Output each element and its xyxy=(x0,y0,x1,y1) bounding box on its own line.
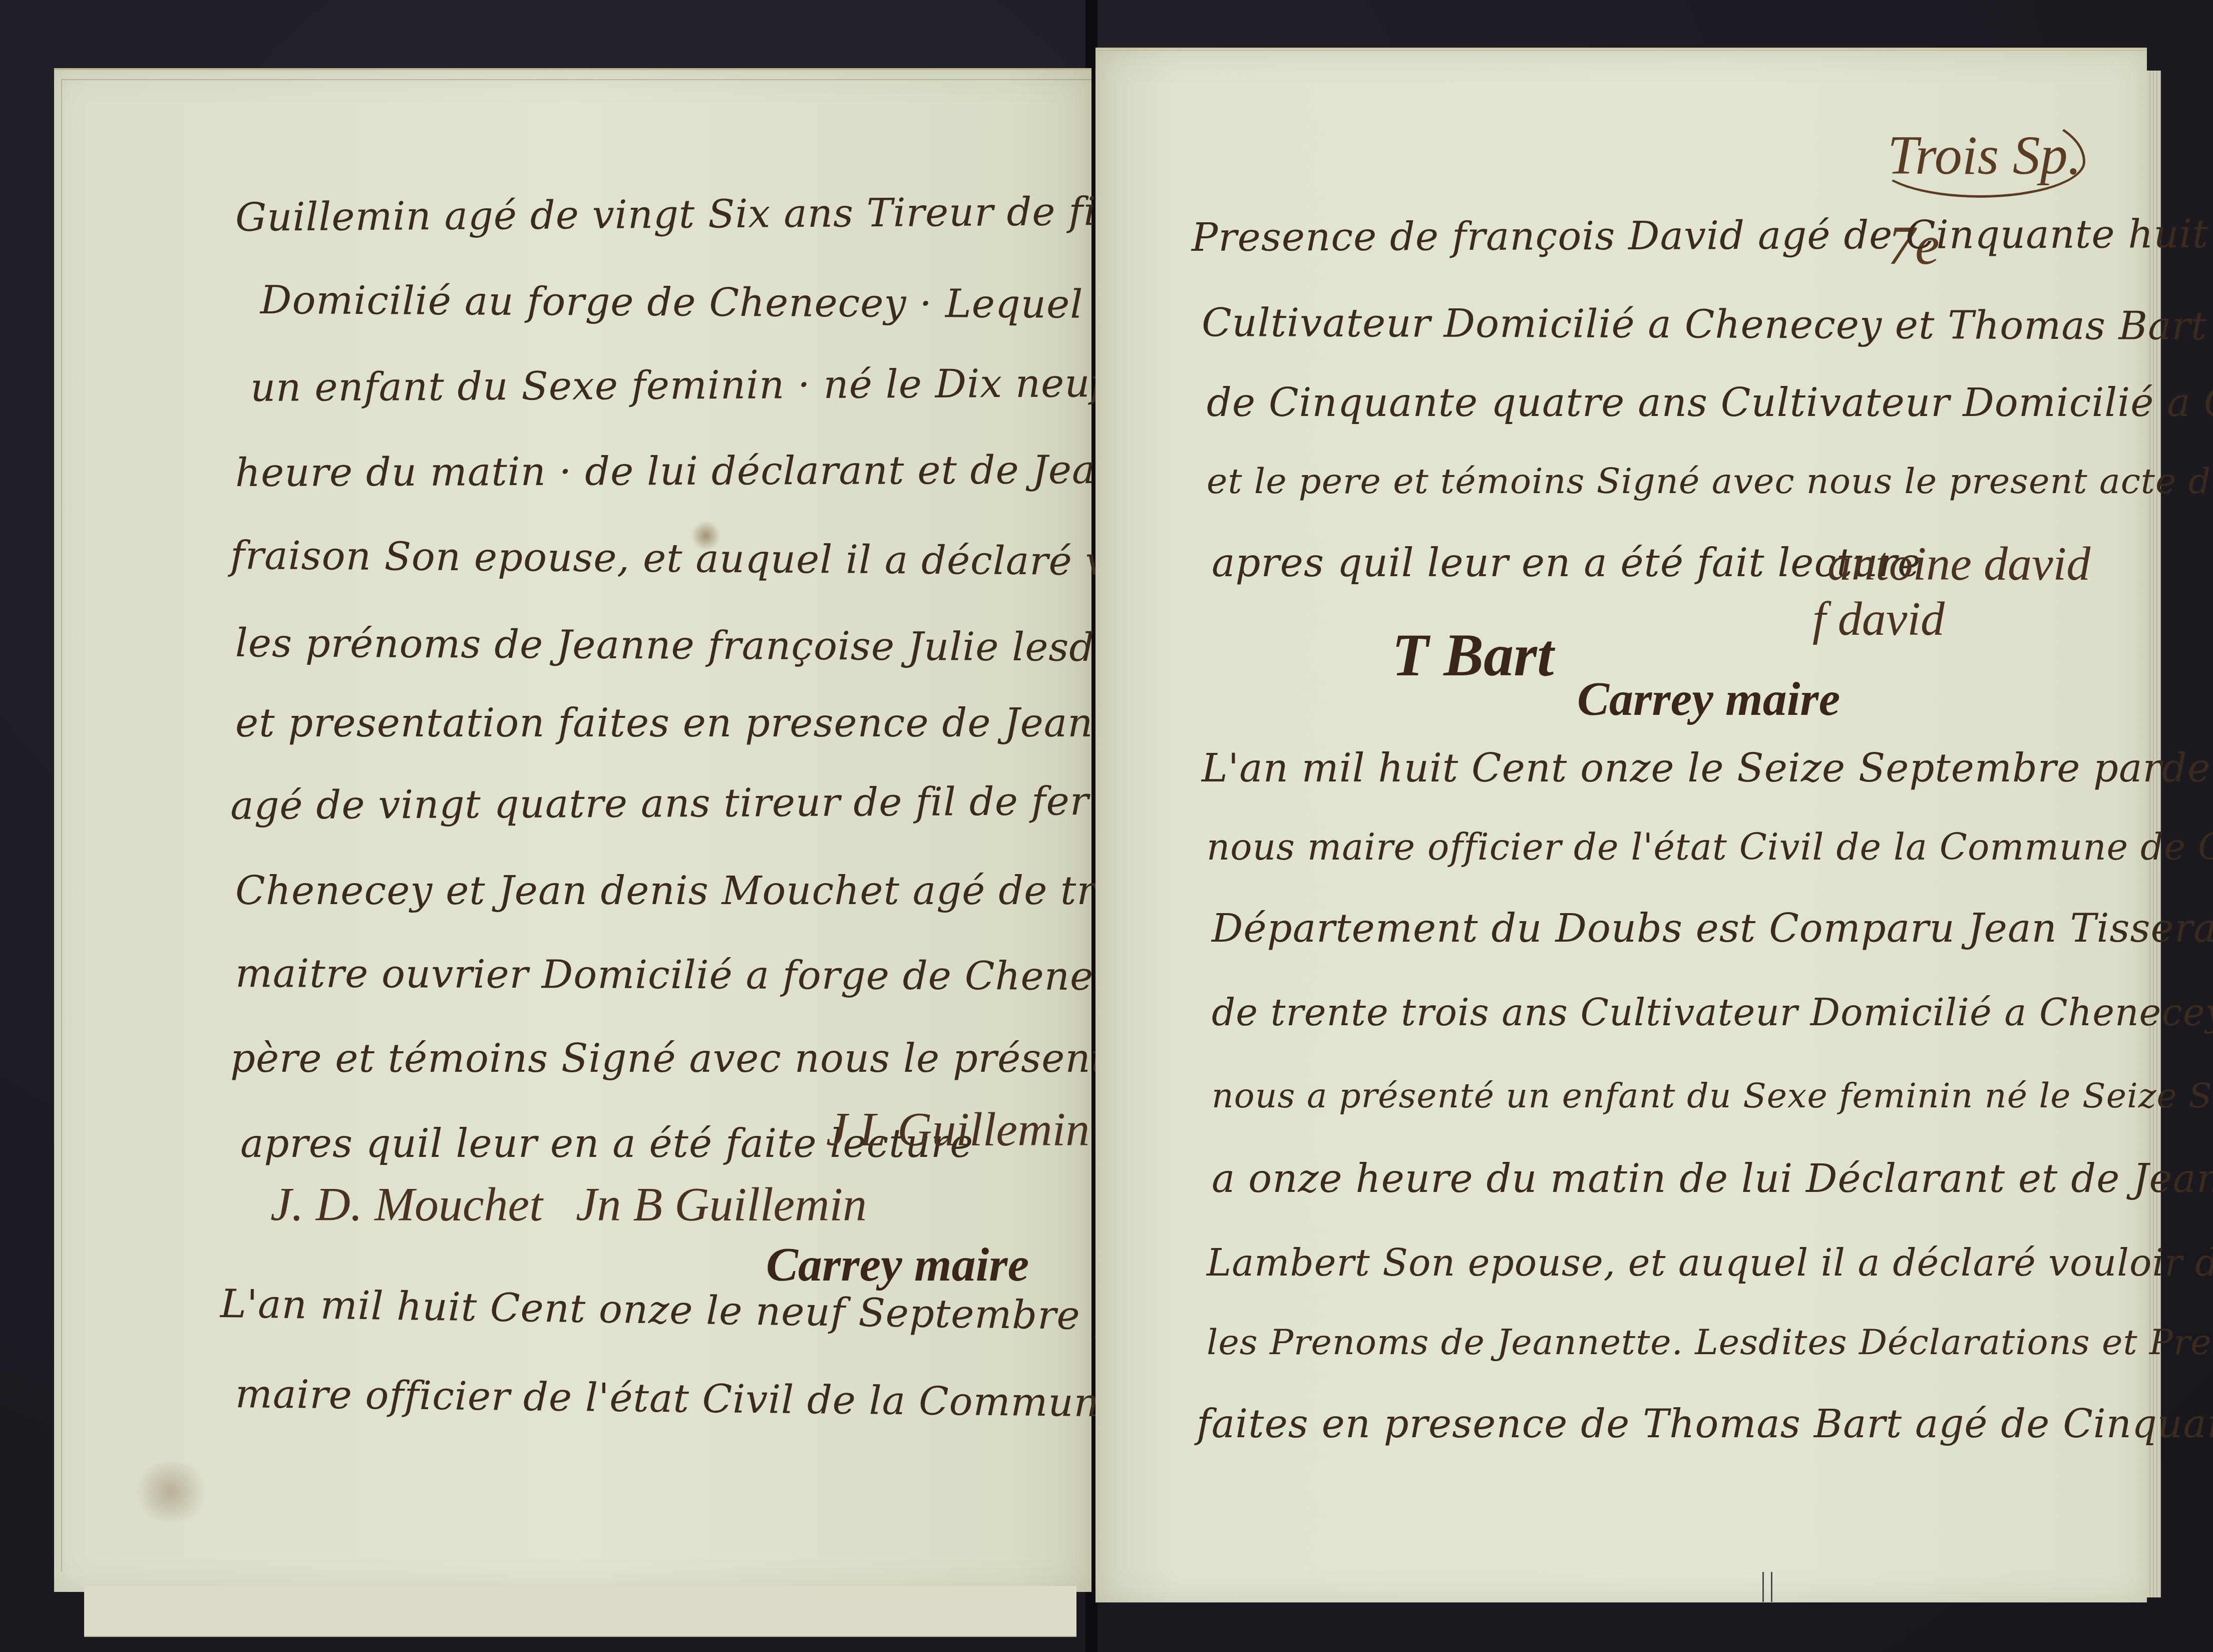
right-line-3: de Cinquante quatre ans Cultivateur Domi… xyxy=(1207,380,2213,426)
signature-bart: T Bart xyxy=(1392,621,1554,690)
right-act2-line-4: de trente trois ans Cultivateur Domicili… xyxy=(1212,991,2213,1034)
left-line-1: Guillemin agé de vingt Six ans Tireur de… xyxy=(235,188,1243,240)
signature-mayor-left-1: Carrey maire xyxy=(766,1236,1029,1292)
right-line-1: Presence de françois David agé de Cinqua… xyxy=(1192,211,2213,260)
right-act2-line-5: nous a présenté un enfant du Sexe femini… xyxy=(1212,1076,2213,1116)
right-act2-line-2: nous maire officier de l'état Civil de l… xyxy=(1207,826,2213,868)
signature-mayor-right-1: Carrey maire xyxy=(1577,671,1840,726)
right-act2-line-7: Lambert Son epouse, et auquel il a décla… xyxy=(1207,1242,2213,1285)
right-act2-line-9: faites en presence de Thomas Bart agé de… xyxy=(1197,1402,2213,1447)
right-act2-line-8: les Prenoms de Jeannette. Lesdites Décla… xyxy=(1207,1322,2213,1363)
right-act2-line-3: Département du Doubs est Comparu Jean Ti… xyxy=(1212,906,2213,951)
signature-antoine-david: antoine david xyxy=(1827,536,2090,591)
right-line-4: et le pere et témoins Signé avec nous le… xyxy=(1207,461,2213,502)
signature-jb-guillemin: Jn B Guillemin xyxy=(576,1176,867,1232)
right-act2-line-6: a onze heure du matin de lui Déclarant e… xyxy=(1212,1156,2213,1201)
signature-f-david: f david xyxy=(1812,591,1945,646)
signature-mouchet: J. D. Mouchet xyxy=(270,1176,543,1232)
underlying-sheet-edge xyxy=(84,1586,1076,1637)
folio-mark xyxy=(1762,1572,1772,1602)
right-line-5: apres quil leur en a été fait lecture xyxy=(1212,541,1921,586)
signature-guillemin: J L Guillemin xyxy=(826,1101,1089,1157)
ink-stain xyxy=(691,521,721,551)
right-act2-line-1: L'an mil huit Cent onze le Seize Septemb… xyxy=(1202,746,2213,791)
right-line-2: Cultivateur Domicilié a Chenecey et Thom… xyxy=(1202,300,2213,349)
foxing-stain xyxy=(130,1462,210,1522)
right-page xyxy=(1095,48,2147,1602)
